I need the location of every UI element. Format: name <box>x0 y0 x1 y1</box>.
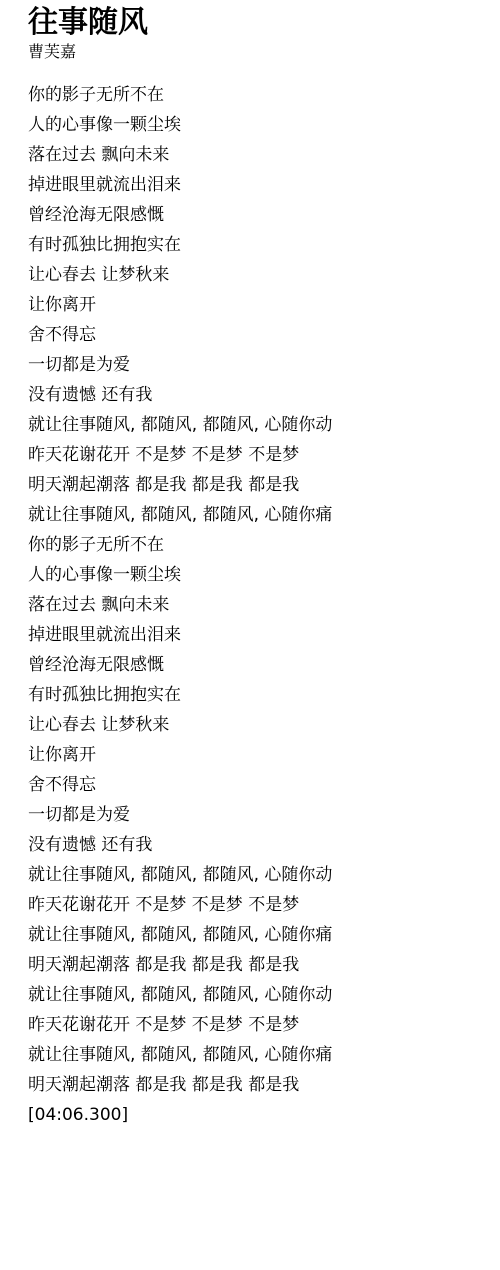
lyric-line: 昨天花谢花开 不是梦 不是梦 不是梦 <box>28 1010 490 1040</box>
lyric-line: 落在过去 飘向未来 <box>28 140 490 170</box>
lyric-line: 昨天花谢花开 不是梦 不是梦 不是梦 <box>28 890 490 920</box>
lyric-line: 掉进眼里就流出泪来 <box>28 170 490 200</box>
lyric-line: 让你离开 <box>28 290 490 320</box>
lyric-line: 舍不得忘 <box>28 770 490 800</box>
lyric-line: 一切都是为爱 <box>28 800 490 830</box>
lyric-line: 曾经沧海无限感慨 <box>28 650 490 680</box>
lyric-line: 掉进眼里就流出泪来 <box>28 620 490 650</box>
lyric-line: 有时孤独比拥抱实在 <box>28 230 490 260</box>
lyric-line: 明天潮起潮落 都是我 都是我 都是我 <box>28 1070 490 1100</box>
lyric-line: 你的影子无所不在 <box>28 80 490 110</box>
lyrics-container: 你的影子无所不在 人的心事像一颗尘埃 落在过去 飘向未来 掉进眼里就流出泪来 曾… <box>28 80 490 1130</box>
lyric-line: 一切都是为爱 <box>28 350 490 380</box>
lyric-line: 就让往事随风, 都随风, 都随风, 心随你痛 <box>28 920 490 950</box>
lyric-line: 明天潮起潮落 都是我 都是我 都是我 <box>28 950 490 980</box>
lyric-line: 曾经沧海无限感慨 <box>28 200 490 230</box>
lyric-line: 就让往事随风, 都随风, 都随风, 心随你动 <box>28 860 490 890</box>
lyric-line: 让你离开 <box>28 740 490 770</box>
lyric-line: 让心春去 让梦秋来 <box>28 260 490 290</box>
lyric-timestamp: [04:06.300] <box>28 1100 490 1130</box>
lyric-line: 落在过去 飘向未来 <box>28 590 490 620</box>
lyric-line: 就让往事随风, 都随风, 都随风, 心随你痛 <box>28 1040 490 1070</box>
lyric-line: 明天潮起潮落 都是我 都是我 都是我 <box>28 470 490 500</box>
lyric-line: 就让往事随风, 都随风, 都随风, 心随你动 <box>28 410 490 440</box>
lyric-line: 没有遗憾 还有我 <box>28 380 490 410</box>
lyric-line: 就让往事随风, 都随风, 都随风, 心随你痛 <box>28 500 490 530</box>
lyric-line: 人的心事像一颗尘埃 <box>28 110 490 140</box>
lyrics-page: 往事随风 曹芙嘉 你的影子无所不在 人的心事像一颗尘埃 落在过去 飘向未来 掉进… <box>0 0 500 1270</box>
artist-name: 曹芙嘉 <box>28 42 490 62</box>
lyric-line: 让心春去 让梦秋来 <box>28 710 490 740</box>
lyric-line: 舍不得忘 <box>28 320 490 350</box>
lyric-line: 就让往事随风, 都随风, 都随风, 心随你动 <box>28 980 490 1010</box>
lyric-line: 人的心事像一颗尘埃 <box>28 560 490 590</box>
lyric-line: 有时孤独比拥抱实在 <box>28 680 490 710</box>
lyric-line: 你的影子无所不在 <box>28 530 490 560</box>
lyric-line: 没有遗憾 还有我 <box>28 830 490 860</box>
page-title: 往事随风 <box>28 4 490 42</box>
lyric-line: 昨天花谢花开 不是梦 不是梦 不是梦 <box>28 440 490 470</box>
